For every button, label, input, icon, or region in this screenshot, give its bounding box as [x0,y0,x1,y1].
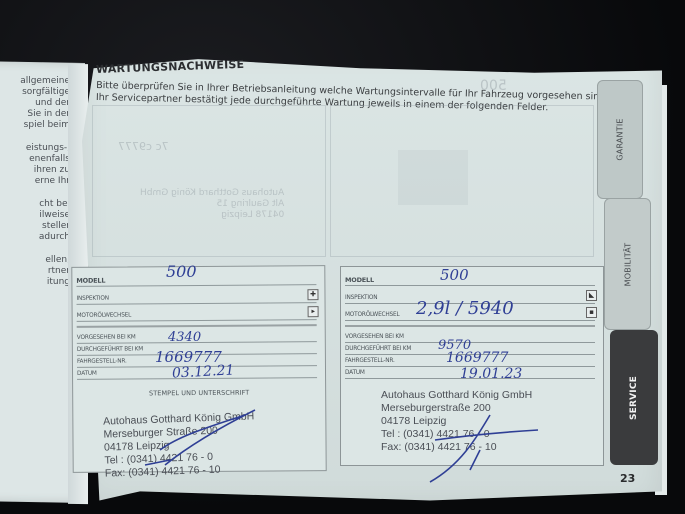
left-page-text: allgemeinesorgfältigeund derSie in dersp… [0,76,70,300]
tab-mobilitaet[interactable]: MOBILITÄT [604,198,651,330]
handwritten-motoroelwechsel: 2,9l / 5940 [416,298,514,319]
handwritten-modell: 500 [440,266,469,284]
modell-row: MODELL [345,273,595,286]
handwritten-datum: 03.12.21 [172,362,235,381]
tab-service[interactable]: SERVICE [610,330,658,465]
motoroelwechsel-row: MOTORÖLWECHSEL▸ [77,307,317,322]
handwritten-fahrgestell-nr: 1669777 [446,350,508,366]
bleed-through-handwriting: 7c c9777 [118,140,169,153]
inspektion-checkbox[interactable]: ✚ [307,289,318,300]
handwritten-durchgefuehrt-km: 4340 [168,330,201,345]
stempel-label: STEMPEL UND UNTERSCHRIFT [73,388,325,398]
bleed-through-box-left [92,105,326,257]
motoroelwechsel-checkbox[interactable]: ▪ [586,307,597,318]
signature-2 [420,410,540,485]
handwritten-modell: 500 [166,262,197,281]
page-number: 23 [620,472,635,485]
motoroelwechsel-checkbox[interactable]: ▸ [308,306,319,317]
bleed-through-top: 500 [480,78,507,94]
inspektion-row: INSPEKTION✚ [76,290,316,305]
handwritten-datum: 19.01.23 [460,366,522,382]
bleed-through-stamp-right [398,150,468,205]
inspektion-checkbox[interactable]: ◣ [586,290,597,301]
bleed-through-stamp-left: Autohaus Gotthard König GmbH Alt Gaulrin… [140,188,284,221]
signature-1 [130,405,270,475]
tab-garantie[interactable]: GARANTIE [597,80,643,199]
